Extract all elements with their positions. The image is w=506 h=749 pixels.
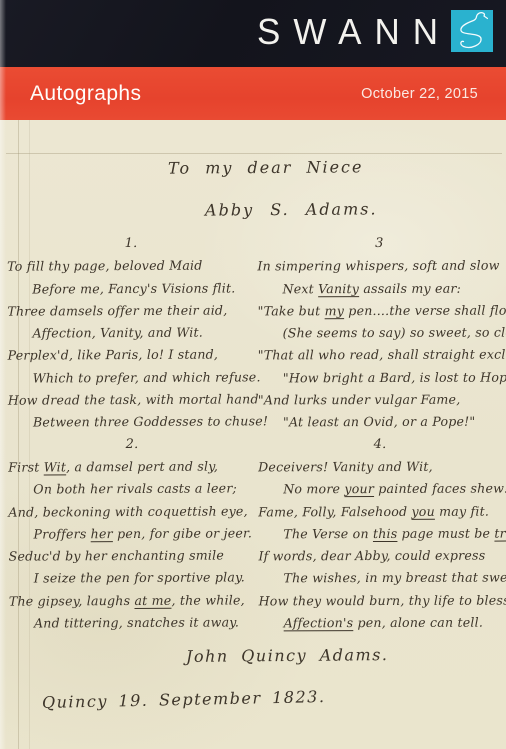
poem-line: And, beckoning with coquettish eye, xyxy=(8,500,256,524)
poem-line: "Take but my pen....the verse shall flow xyxy=(258,299,502,322)
poem-line: Deceivers! Vanity and Wit, xyxy=(258,456,502,479)
poem-line: Fame, Folly, Falsehood you may fit. xyxy=(258,500,502,523)
poem-line: Between three Goddesses to chuse! xyxy=(8,411,256,435)
underlined-word: her xyxy=(91,526,113,541)
poem-line: On both her rivals casts a leer; xyxy=(8,478,256,502)
stanza-number: 2. xyxy=(8,433,256,457)
poem-line: Affection, Vanity, and Wit. xyxy=(7,322,255,346)
poem-line: The wishes, in my breast that swell; xyxy=(258,567,502,590)
poem-line: And tittering, snatches it away. xyxy=(9,611,257,635)
poem-line: Seduc'd by her enchanting smile xyxy=(9,545,257,569)
stanza-number: 3 xyxy=(257,233,501,256)
poem-line: How they would burn, thy life to bless, xyxy=(259,589,503,612)
underlined-word: you xyxy=(411,503,434,518)
swan-icon xyxy=(451,10,493,52)
poem-line: Before me, Fancy's Visions flit. xyxy=(7,277,255,301)
poem-line: Three damsels offer me their aid, xyxy=(7,299,255,323)
poem-line: Affection's pen, alone can tell. xyxy=(259,612,503,635)
underlined-word: Vanity xyxy=(318,281,359,296)
sale-title: Autographs xyxy=(30,82,141,106)
dedication-line-1: To my dear Niece xyxy=(168,157,364,177)
poem-line: "That all who read, shall straight excla… xyxy=(258,344,502,367)
poem-line: How dread the task, with mortal hand xyxy=(8,388,256,412)
underlined-word: Affection's xyxy=(284,615,354,630)
underlined-word: Wit xyxy=(44,459,67,474)
poem-line: If words, dear Abby, could express xyxy=(258,545,502,568)
poem-line: (She seems to say) so sweet, so clear, xyxy=(258,322,502,345)
poem-line: Which to prefer, and which refuse. xyxy=(8,366,256,390)
poem-line: "And lurks under vulgar Fame, xyxy=(258,389,502,412)
underlined-word: my xyxy=(325,303,345,318)
poem-line: "How bright a Bard, is lost to Hope! xyxy=(258,366,502,389)
dateline: Quincy 19. September 1823. xyxy=(42,687,326,712)
red-title-banner: Autographs October 22, 2015 xyxy=(0,67,506,120)
swann-swan-logo xyxy=(451,10,493,52)
poem-line: In simpering whispers, soft and slow xyxy=(257,255,501,278)
sale-date: October 22, 2015 xyxy=(361,86,478,102)
header-bar: SWANN xyxy=(0,0,506,67)
poem-line: Perplex'd, like Paris, lo! I stand, xyxy=(8,344,256,368)
paper-crease xyxy=(6,153,502,154)
poem-line: The Verse on this page must be true. xyxy=(258,522,502,545)
poem-line: Next Vanity assails my ear: xyxy=(257,277,501,300)
underlined-word: your xyxy=(344,481,374,496)
stanza-number: 1. xyxy=(7,232,255,256)
catalog-cover: SWANN Autographs October 22, 2015 To my … xyxy=(0,0,506,749)
stanza-number: 4. xyxy=(258,433,502,456)
poem-line: Proffers her pen, for gibe or jeer. xyxy=(8,522,256,546)
poem-line: No more your painted faces shew! xyxy=(258,478,502,501)
poem-line: First Wit, a damsel pert and sly, xyxy=(8,455,256,479)
poem-column-right: 3In simpering whispers, soft and slowNex… xyxy=(257,233,502,635)
underlined-word: true. xyxy=(494,525,506,540)
poem-line: The gipsey, laughs at me, the while, xyxy=(9,589,257,613)
poem-line: I seize the pen for sportive play. xyxy=(9,567,257,591)
poem-column-left: 1.To fill thy page, beloved MaidBefore m… xyxy=(7,232,257,635)
poem-line: To fill thy page, beloved Maid xyxy=(7,255,255,279)
brand-wordmark: SWANN xyxy=(257,13,451,54)
manuscript-page: To my dear Niece Abby S. Adams. 1.To fil… xyxy=(0,120,506,749)
signature: John Quincy Adams. xyxy=(186,645,389,666)
underlined-word: at me xyxy=(134,593,171,608)
underlined-word: this xyxy=(373,526,398,541)
dedication-line-2: Abby S. Adams. xyxy=(205,199,378,219)
cover-edge-highlight xyxy=(0,0,6,749)
poem-line: "At least an Ovid, or a Pope!" xyxy=(258,411,502,434)
